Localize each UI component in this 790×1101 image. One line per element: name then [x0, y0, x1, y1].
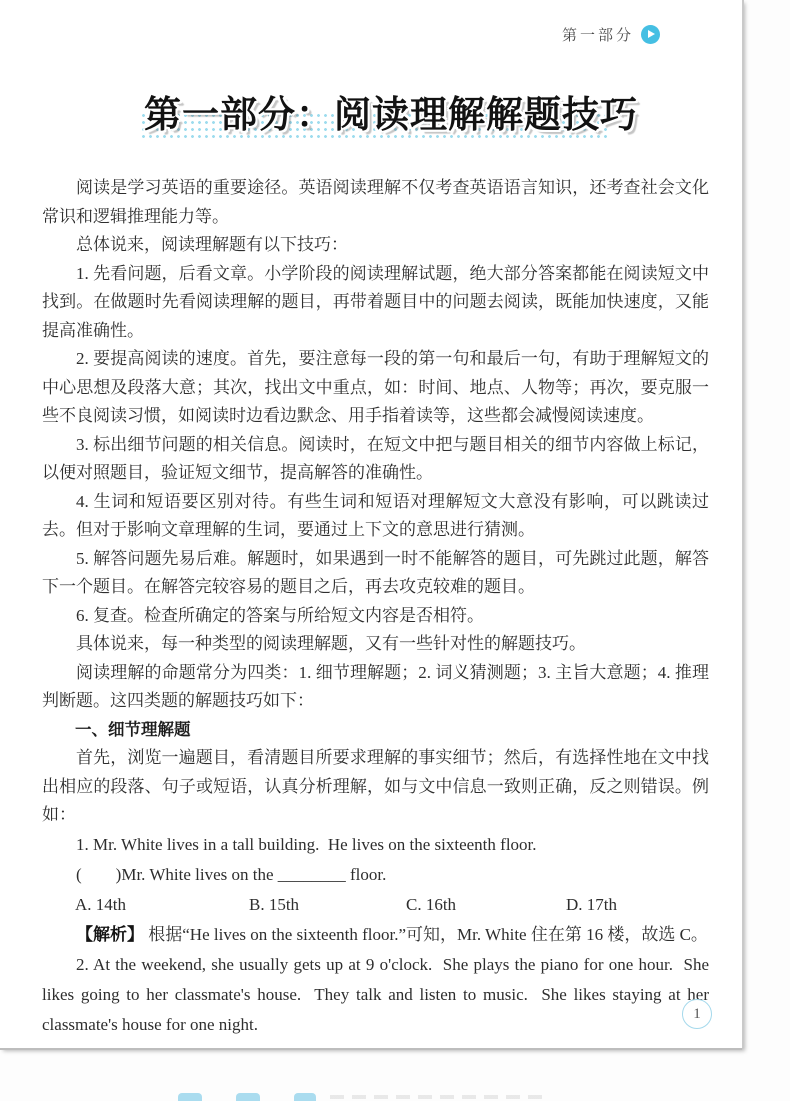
question-types-paragraph: 阅读理解的命题常分为四类：1. 细节理解题；2. 词义猜测题；3. 主旨大意题；…	[42, 659, 709, 716]
running-head: 第一部分	[562, 24, 660, 45]
option-b: B. 15th	[249, 890, 406, 920]
tip-3-paragraph: 3. 标出细节问题的相关信息。阅读时，在短文中把与题目相关的细节内容做上标记，以…	[42, 431, 709, 488]
tips-lead-paragraph: 总体说来，阅读理解题有以下技巧：	[42, 231, 709, 260]
section-1-heading: 一、细节理解题	[42, 716, 709, 745]
intro-paragraph: 阅读是学习英语的重要途径。英语阅读理解不仅考查英语语言知识，还考查社会文化常识和…	[42, 174, 709, 231]
chapter-title: 第一部分：阅读理解解题技巧	[144, 84, 638, 138]
example-1-sentence: 1. Mr. White lives in a tall building. H…	[42, 830, 709, 860]
option-a: A. 14th	[75, 890, 249, 920]
book-page: 第一部分 第一部分：阅读理解解题技巧 阅读是学习英语的重要途径。英语阅读理解不仅…	[0, 0, 742, 1048]
analysis-text: 根据“He lives on the sixteenth floor.”可知，M…	[144, 925, 708, 944]
next-page-blue-mark	[236, 1093, 260, 1101]
answer-options-row: A. 14th B. 15th C. 16th D. 17th	[42, 890, 709, 920]
tip-5-paragraph: 5. 解答问题先易后难。解题时，如果遇到一时不能解答的题目，可先跳过此题，解答下…	[42, 545, 709, 602]
option-c: C. 16th	[406, 890, 566, 920]
analysis-label: 【解析】	[76, 925, 144, 944]
tip-6-paragraph: 6. 复查。检查所确定的答案与所给短文内容是否相符。	[42, 602, 709, 631]
example-2-paragraph: 2. At the weekend, she usually gets up a…	[42, 950, 709, 1040]
next-page-faint-text	[330, 1095, 550, 1099]
section-1-intro: 首先，浏览一遍题目，看清题目所要求理解的事实细节；然后，有选择性地在文中找出相应…	[42, 744, 709, 830]
option-d: D. 17th	[566, 890, 709, 920]
tip-4-paragraph: 4. 生词和短语要区别对待。有些生词和短语对理解短文大意没有影响，可以跳读过去。…	[42, 488, 709, 545]
scan-background: 第一部分 第一部分：阅读理解解题技巧 阅读是学习英语的重要途径。英语阅读理解不仅…	[0, 0, 790, 1101]
page-number-badge: 1	[682, 999, 712, 1029]
summary-paragraph: 具体说来，每一种类型的阅读理解题，又有一些针对性的解题技巧。	[42, 630, 709, 659]
chapter-title-block: 第一部分：阅读理解解题技巧	[140, 84, 620, 150]
next-page-blue-mark	[294, 1093, 316, 1101]
next-page-blue-mark	[178, 1093, 202, 1101]
running-head-label: 第一部分	[562, 24, 634, 45]
page-body: 阅读是学习英语的重要途径。英语阅读理解不仅考查英语语言知识，还考查社会文化常识和…	[42, 174, 709, 1040]
tip-2-paragraph: 2. 要提高阅读的速度。首先，要注意每一段的第一句和最后一句，有助于理解短文的中…	[42, 345, 709, 431]
page-number: 1	[693, 1006, 701, 1023]
analysis-line: 【解析】 根据“He lives on the sixteenth floor.…	[42, 920, 709, 950]
play-circle-icon	[641, 25, 660, 44]
example-1-question: ( )Mr. White lives on the ________ floor…	[42, 860, 709, 890]
tip-1-paragraph: 1. 先看问题，后看文章。小学阶段的阅读理解试题，绝大部分答案都能在阅读短文中找…	[42, 260, 709, 346]
next-page-peek	[0, 1090, 790, 1101]
